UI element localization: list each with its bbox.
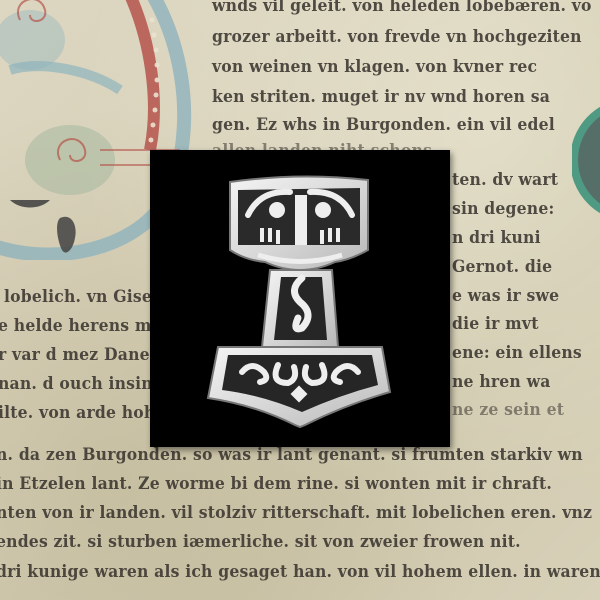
manuscript-line: endes zit. si sturben iæmerliche. sit vo… xyxy=(0,532,521,552)
manuscript-line: n. da zen Burgonden. so was ir lant gena… xyxy=(0,445,583,465)
manuscript-line: in Etzelen lant. Ze worme bi dem rine. s… xyxy=(0,474,552,494)
product-frame xyxy=(150,150,450,447)
manuscript-line: ilte. von arde hoh xyxy=(0,403,155,423)
manuscript-line: ne ze sein et xyxy=(452,400,564,420)
manuscript-line: Gernot. die xyxy=(452,257,552,277)
manuscript-line: lobelich. vn Giselh xyxy=(4,287,170,307)
manuscript-line: ene: ein ellens xyxy=(452,343,582,363)
manuscript-line: von weinen vn klagen. von kvner rec xyxy=(212,57,537,77)
thor-hammer-pendant-icon xyxy=(150,150,450,447)
manuscript-line: ten. dv wart xyxy=(452,170,558,190)
manuscript-line: e helde herens mu xyxy=(0,316,163,336)
manuscript-line: e was ir swe xyxy=(452,286,559,306)
manuscript-line: nten von ir landen. vil stolziv rittersc… xyxy=(0,503,592,523)
manuscript-line: dri kunige waren als ich gesaget han. vo… xyxy=(0,562,600,582)
manuscript-line: grozer arbeitt. von frevde vn hochgezite… xyxy=(212,27,582,47)
seal-fragment xyxy=(572,100,600,220)
manuscript-line: ne hren wa xyxy=(452,372,551,392)
manuscript-line: ken striten. muget ir nv wnd horen sa xyxy=(212,87,550,107)
manuscript-line: sin degene: xyxy=(452,199,554,219)
manuscript-line: gen. Ez whs in Burgonden. ein vil edel xyxy=(212,115,555,135)
manuscript-line: die ir mvt xyxy=(452,314,539,334)
manuscript-line: r var d mez Danea xyxy=(0,345,160,365)
manuscript-line: n dri kuni xyxy=(452,228,541,248)
product-photo: wnds vil geleit. von heleden lobebæren. … xyxy=(0,0,600,600)
manuscript-line: wnds vil geleit. von heleden lobebæren. … xyxy=(212,0,592,16)
